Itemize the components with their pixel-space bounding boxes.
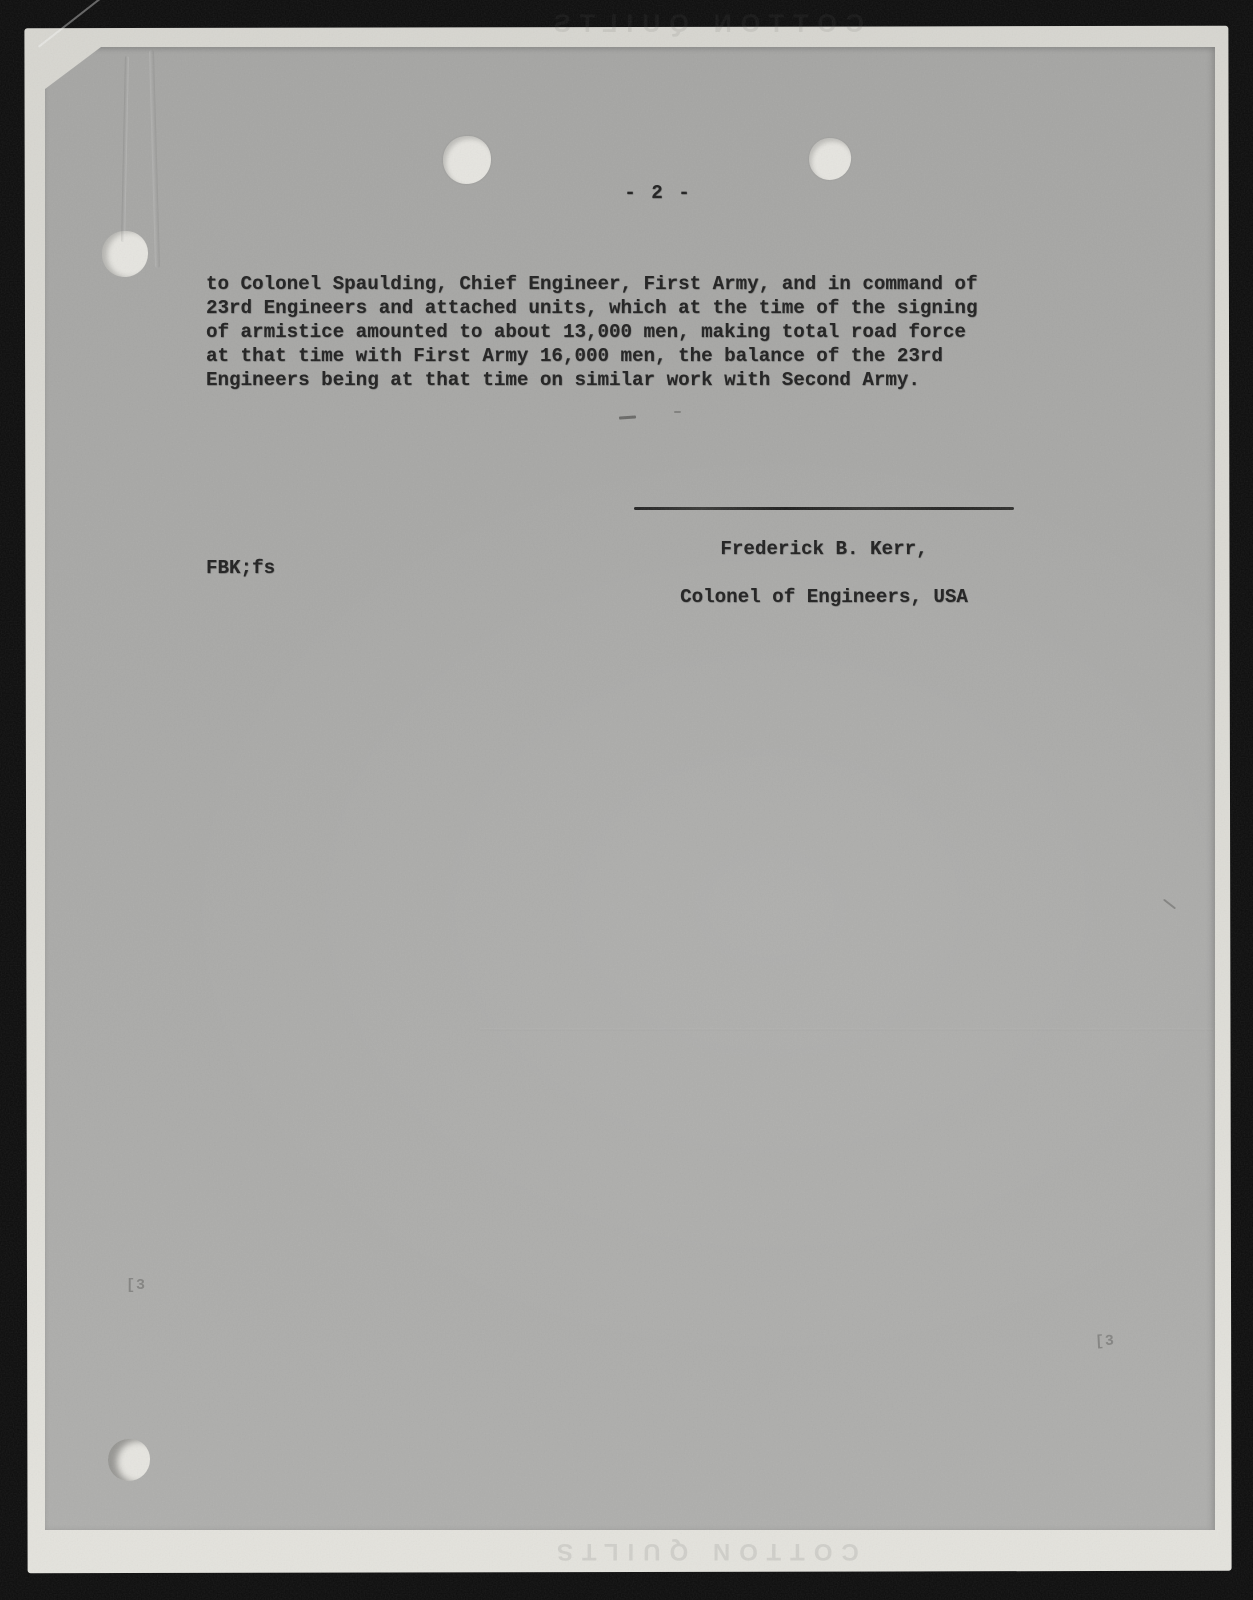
signature-block: Frederick B. Kerr, Colonel of Engineers,… (634, 513, 1014, 633)
ghost-bleed-text-top: COTTON QUILTS (545, 10, 864, 39)
paper-crease (480, 1028, 1213, 1031)
signature-title: Colonel of Engineers, USA (634, 585, 1014, 609)
scanned-document: COTTON QUILTS - 2 - to Colonel Spaulding… (0, 0, 1253, 1600)
signature-line (634, 507, 1014, 510)
document-page (45, 47, 1215, 1530)
body-paragraph: to Colonel Spaulding, Chief Engineer, Fi… (206, 272, 1006, 392)
pencil-dash-mark (674, 411, 681, 413)
typist-initials: FBK;fs (206, 556, 275, 580)
page-number: - 2 - (558, 181, 758, 205)
faint-stamp-mark: [3 (126, 1277, 146, 1294)
ghost-bleed-text-bottom: COTTON QUILTS (548, 1537, 859, 1565)
faint-stamp-mark: [3 (1095, 1332, 1116, 1350)
punch-hole-top-left (443, 136, 491, 184)
signature-name: Frederick B. Kerr, (634, 537, 1014, 561)
punch-hole-bottom-left (108, 1439, 150, 1481)
punch-hole-top-right (806, 135, 853, 182)
